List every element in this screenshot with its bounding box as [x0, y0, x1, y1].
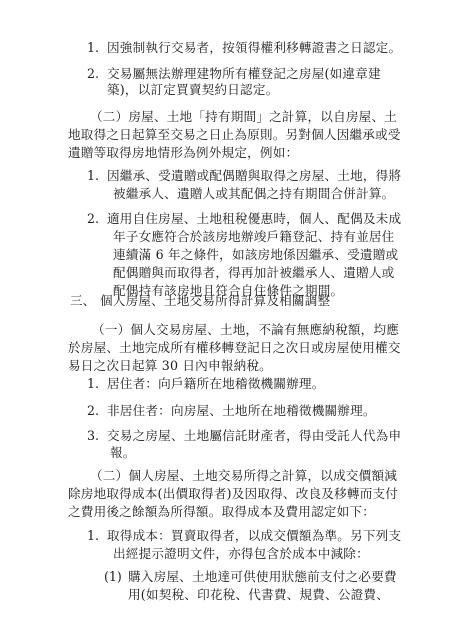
- paragraph-line: 之費用後之餘額為所得額。取得成本及費用認定如下：: [68, 504, 375, 520]
- paragraph-line: 於房屋、土地完成所有權移轉登記日之次日或房屋使用權交: [68, 340, 401, 356]
- paragraph-line: （二）房屋、土地「持有期間」之計算，以自房屋、土: [90, 109, 397, 125]
- list-item-text: 連續滿 6 年之條件，如該房地係因繼承、受遺贈或: [113, 247, 398, 263]
- list-item-text: 居住者：向戶籍所在地稽徵機關辦理。: [107, 376, 325, 392]
- list-number: 1.: [87, 376, 99, 392]
- list-item-text: 購入房屋、土地達可供使用狀態前支付之必要費: [128, 569, 397, 585]
- list-item-text: 交易屬無法辦理建物所有權登記之房屋(如違章建: [107, 66, 381, 82]
- list-item-text: 築)，以訂定買賣契約日認定。: [107, 82, 278, 98]
- list-number: 3.: [87, 428, 99, 444]
- list-item-text: 用(如契稅、印花稅、代書費、規費、公證費、: [128, 587, 389, 603]
- list-item-text: 交易之房屋、土地屬信託財產者，得由受託人代為申: [107, 428, 401, 444]
- paragraph-line: （一）個人交易房屋、土地，不論有無應納稅額，均應: [92, 322, 399, 338]
- list-number: 1.: [87, 168, 99, 184]
- document-page: 1. 因強制執行交易者，按領得權利移轉證書之日認定。 2. 交易屬無法辦理建物所…: [0, 0, 452, 640]
- paragraph-line: 地取得之日起算至交易之日止為原則。另對個人因繼承或受: [68, 127, 401, 143]
- list-number: 1.: [87, 40, 99, 56]
- paragraph-line: （二）個人房屋、土地交易所得之計算，以成交價額減: [90, 468, 397, 484]
- list-item-text: 適用自住房屋、土地租稅優惠時，個人、配偶及未成: [107, 211, 401, 227]
- list-item-text: 配偶贈與而取得者，得再加計被繼承人、遺贈人或: [113, 265, 394, 281]
- section-heading: 個人房屋、土地交易所得計算及相關調整: [100, 293, 330, 309]
- list-number: 1.: [87, 528, 99, 544]
- list-item-text: 出經提示證明文件，亦得包含於成本中減除：: [113, 546, 369, 562]
- paragraph-line: 除房地取得成本(出價取得者)及因取得、改良及移轉而支付: [68, 486, 398, 502]
- list-item-text: 年子女應符合於該房地辦竣戶籍登記、持有並居住: [113, 229, 394, 245]
- section-number: 三、: [70, 293, 95, 309]
- paragraph-line: 易日之次日起算 30 日內申報納稅。: [68, 358, 272, 374]
- list-item-text: 因強制執行交易者，按領得權利移轉證書之日認定。: [107, 40, 401, 56]
- list-number: 2.: [87, 403, 99, 419]
- list-item-text: 報。: [110, 445, 136, 461]
- list-number: (1): [104, 569, 122, 585]
- list-item-text: 非居住者：向房屋、土地所在地稽徵機關辦理。: [107, 403, 376, 419]
- list-item-text: 因繼承、受遺贈或配偶贈與取得之房屋、土地，得將: [107, 168, 401, 184]
- list-item-text: 取得成本：買賣取得者，以成交價額為準。另下列支: [107, 528, 401, 544]
- paragraph-line: 遺贈等取得房地情形為例外規定，例如：: [68, 145, 298, 161]
- list-number: 2.: [87, 66, 99, 82]
- list-item-text: 被繼承人、遺贈人或其配偶之持有期間合併計算。: [113, 186, 394, 202]
- list-number: 2.: [87, 211, 99, 227]
